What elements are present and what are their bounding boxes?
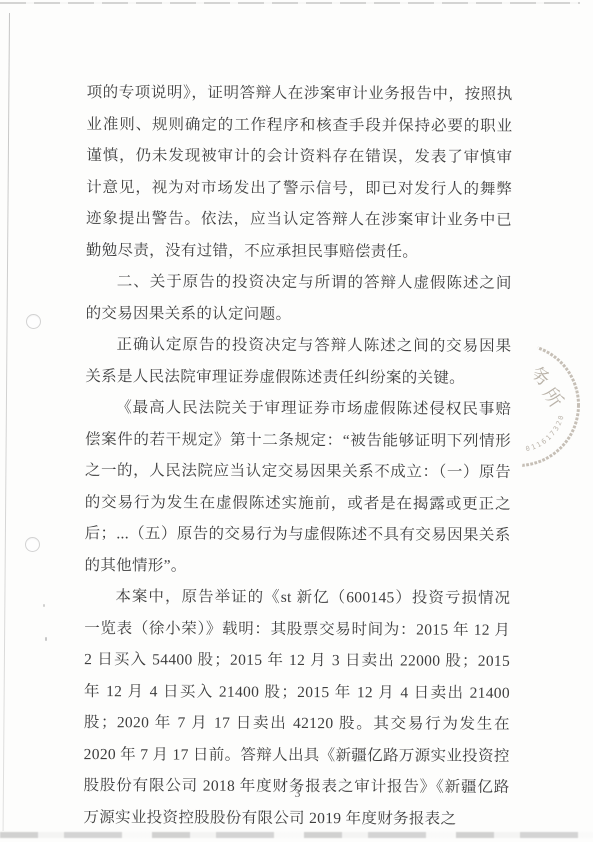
seal-ink-group: 务 所 03011617320 [505, 345, 579, 466]
paragraph-section-heading: 二、关于原告的投资决定与所谓的答辩人虚假陈述之间的交易因果关系的认定问题。 [86, 266, 512, 331]
scan-speck [45, 637, 47, 641]
scan-edge-left [3, 13, 11, 831]
scan-speck [43, 604, 45, 607]
seal-character-top: 务 [526, 362, 554, 391]
punch-hole-bottom [25, 537, 40, 552]
scan-edge-top [0, 2, 580, 4]
paragraph: 正确认定原告的投资决定与答辩人陈述之间的交易因果关系是人民法院审理证券虚假陈述责… [85, 329, 511, 394]
page-number: 3 [85, 788, 511, 800]
paragraph: 《最高人民法院关于审理证券市场虚假陈述侵权民事赔偿案件的若干规定》第十二条规定：… [84, 392, 511, 583]
paragraph-continuation: 项的专项说明》，证明答辩人在涉案审计业务报告中，按照执业准则、规则确定的工作程序… [86, 77, 513, 268]
seal-serial-number: 03011617320 [514, 413, 566, 454]
document-body: 项的专项说明》，证明答辩人在涉案审计业务报告中，按照执业准则、规则确定的工作程序… [83, 77, 512, 835]
scanned-document-page: 项的专项说明》，证明答辩人在涉案审计业务报告中，按照执业准则、规则确定的工作程序… [0, 0, 593, 842]
partial-seal-stamp: 务 所 03011617320 [505, 335, 593, 505]
punch-hole-top [26, 314, 41, 329]
